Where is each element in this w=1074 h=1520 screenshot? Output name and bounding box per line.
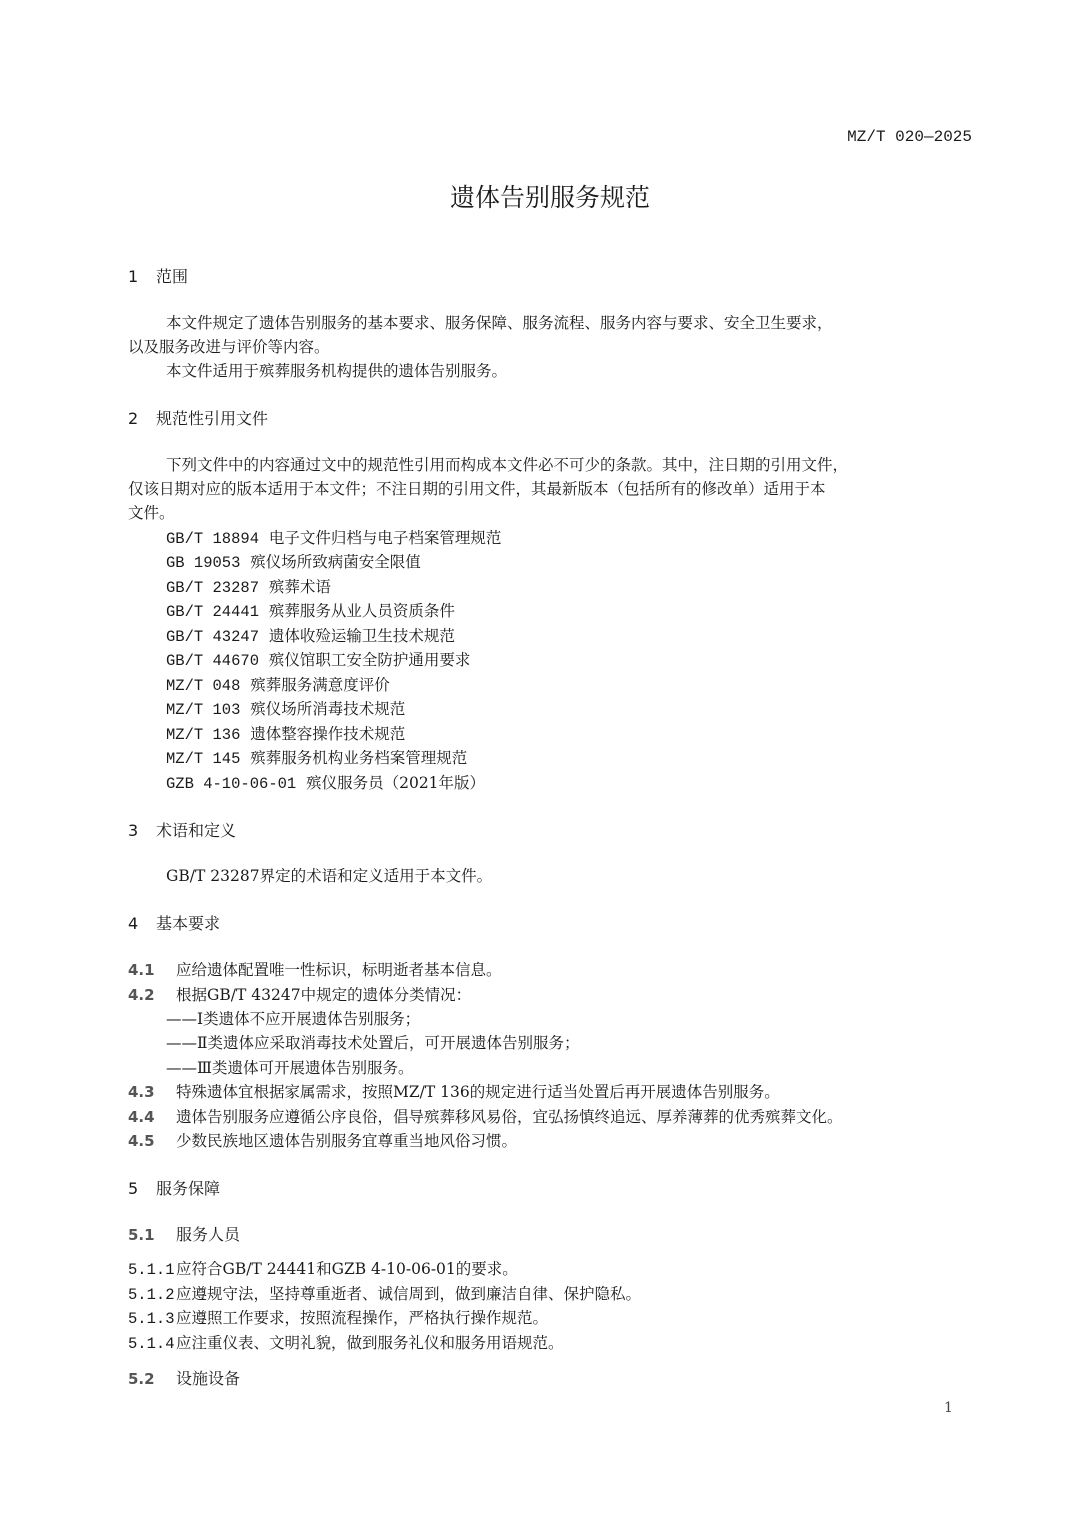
section-2-heading: 2规范性引用文件 (128, 406, 268, 429)
section-5-heading: 5服务保障 (128, 1176, 220, 1199)
paragraph: GB/T 23287界定的术语和定义适用于本文件。 (166, 864, 492, 886)
item-5-1-3: 5.1.3应遵照工作要求，按照流程操作，严格执行操作规范。 (128, 1306, 548, 1328)
section-number: 4 (128, 914, 156, 933)
reference-item: GB/T 18894 电子文件归档与电子档案管理规范 (166, 526, 501, 548)
clause-4-4: 4.4遗体告别服务应遵循公序良俗，倡导殡葬移风易俗，宜弘扬慎终追远、厚养薄葬的优… (128, 1105, 843, 1127)
clause-4-1: 4.1应给遗体配置唯一性标识，标明逝者基本信息。 (128, 958, 502, 980)
reference-item: MZ/T 136 遗体整容操作技术规范 (166, 722, 405, 744)
reference-item: GB/T 44670 殡仪馆职工安全防护通用要求 (166, 648, 470, 670)
section-title: 术语和定义 (156, 821, 236, 840)
section-title: 规范性引用文件 (156, 409, 268, 428)
reference-item: GB/T 24441 殡葬服务从业人员资质条件 (166, 599, 455, 621)
document-code: MZ/T 020—2025 (847, 128, 972, 146)
reference-item: MZ/T 048 殡葬服务满意度评价 (166, 673, 390, 695)
reference-item: GB/T 43247 遗体收殓运输卫生技术规范 (166, 624, 455, 646)
dash-item: ——Ⅱ类遗体应采取消毒技术处置后，可开展遗体告别服务； (166, 1031, 580, 1053)
clause-4-5: 4.5少数民族地区遗体告别服务宜尊重当地风俗习惯。 (128, 1129, 517, 1151)
page-number: 1 (944, 1400, 953, 1416)
clause-4-3: 4.3特殊遗体宜根据家属需求，按照MZ/T 136的规定进行适当处置后再开展遗体… (128, 1080, 780, 1102)
paragraph: 以及服务改进与评价等内容。 (128, 335, 330, 357)
item-5-1-2: 5.1.2应遵规守法，坚持尊重逝者、诚信周到，做到廉洁自律、保护隐私。 (128, 1282, 641, 1304)
section-title: 服务保障 (156, 1179, 220, 1198)
section-number: 1 (128, 267, 156, 286)
paragraph: 下列文件中的内容通过文中的规范性引用而构成本文件必不可少的条款。其中，注日期的引… (166, 453, 848, 475)
dash-item: ——Ⅰ类遗体不应开展遗体告别服务； (166, 1007, 420, 1029)
reference-item: GB 19053 殡仪场所致病菌安全限值 (166, 550, 421, 572)
document-title: 遗体告别服务规范 (0, 178, 1074, 214)
subsection-5-2-heading: 5.2设施设备 (128, 1366, 240, 1389)
item-5-1-1: 5.1.1应符合GB/T 24441和GZB 4-10-06-01的要求。 (128, 1257, 518, 1279)
reference-item: MZ/T 145 殡葬服务机构业务档案管理规范 (166, 746, 467, 768)
reference-item: GB/T 23287 殡葬术语 (166, 575, 331, 597)
reference-item: MZ/T 103 殡仪场所消毒技术规范 (166, 697, 405, 719)
paragraph: 本文件规定了遗体告别服务的基本要求、服务保障、服务流程、服务内容与要求、安全卫生… (166, 311, 833, 333)
section-number: 3 (128, 821, 156, 840)
paragraph: 文件。 (128, 501, 175, 523)
section-3-heading: 3术语和定义 (128, 818, 236, 841)
subsection-5-1-heading: 5.1服务人员 (128, 1222, 240, 1245)
paragraph: 仅该日期对应的版本适用于本文件；不注日期的引用文件，其最新版本（包括所有的修改单… (128, 477, 826, 499)
section-number: 5 (128, 1179, 156, 1198)
section-4-heading: 4基本要求 (128, 911, 220, 934)
section-1-heading: 1范围 (128, 264, 188, 287)
clause-4-2: 4.2根据GB/T 43247中规定的遗体分类情况： (128, 983, 471, 1005)
section-title: 基本要求 (156, 914, 220, 933)
item-5-1-4: 5.1.4应注重仪表、文明礼貌，做到服务礼仪和服务用语规范。 (128, 1331, 564, 1353)
section-number: 2 (128, 409, 156, 428)
paragraph: 本文件适用于殡葬服务机构提供的遗体告别服务。 (166, 359, 507, 381)
section-title: 范围 (156, 267, 188, 286)
dash-item: ——Ⅲ类遗体可开展遗体告别服务。 (166, 1056, 413, 1078)
reference-item: GZB 4-10-06-01 殡仪服务员（2021年版） (166, 771, 485, 793)
